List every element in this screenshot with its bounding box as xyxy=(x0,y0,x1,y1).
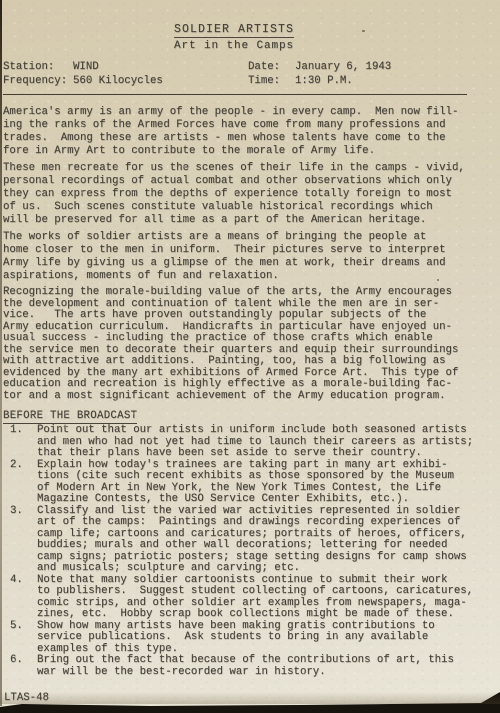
item-text: Show how many artists have been making g… xyxy=(37,621,500,656)
list-item: 2. Explain how today's trainees are taki… xyxy=(10,460,500,506)
frequency-row: Frequency: 560 Kilocycles xyxy=(3,75,163,89)
time-value: 1:30 P.M. xyxy=(295,75,353,89)
station-row: Station: WIND xyxy=(3,61,163,75)
date-label: Date: xyxy=(248,61,295,75)
document-code: LTAS-48 xyxy=(4,692,500,704)
list-item: 3. Classify and list the varied war acti… xyxy=(10,506,500,575)
frequency-value: 560 Kilocycles xyxy=(73,75,163,89)
title-block: SOLDIER ARTISTS Art in the Camps xyxy=(174,24,294,52)
paragraph: These men recreate for us the scenes of … xyxy=(3,162,500,227)
paragraph: The works of soldier artists are a means… xyxy=(3,231,500,283)
item-number: 2. xyxy=(10,460,37,506)
item-number: 6. xyxy=(10,655,37,678)
scanned-document: SOLDIER ARTISTS Art in the Camps Station… xyxy=(0,0,500,713)
before-broadcast-section: BEFORE THE BROADCAST 1. Point out that o… xyxy=(3,410,500,678)
item-number: 4. xyxy=(10,575,37,621)
list-item: 6. Bring out the fact that because of th… xyxy=(10,655,500,678)
page-subtitle: Art in the Camps xyxy=(174,40,294,52)
paragraph: America's army is an army of the people … xyxy=(3,106,500,158)
list-item: 1. Point out that our artists in uniform… xyxy=(10,425,500,460)
page-title: SOLDIER ARTISTS xyxy=(174,24,294,38)
section-heading: BEFORE THE BROADCAST xyxy=(3,410,137,424)
date-time-block: Date: January 6, 1943 Time: 1:30 P.M. xyxy=(248,61,391,88)
item-text: Bring out the fact that because of the c… xyxy=(37,655,500,678)
station-value: WIND xyxy=(73,61,99,75)
date-row: Date: January 6, 1943 xyxy=(248,61,391,75)
station-frequency-block: Station: WIND Frequency: 560 Kilocycles xyxy=(3,61,163,88)
list-item: 5. Show how many artists have been makin… xyxy=(10,621,500,656)
broadcast-meta: Station: WIND Frequency: 560 Kilocycles … xyxy=(0,61,500,88)
time-row: Time: 1:30 P.M. xyxy=(248,75,391,89)
station-label: Station: xyxy=(3,61,73,75)
list-item: 4. Note that many soldier cartoonists co… xyxy=(10,575,500,621)
script-body: America's army is an army of the people … xyxy=(3,106,500,402)
item-text: Explain how today's trainees are taking … xyxy=(37,460,500,506)
item-number: 5. xyxy=(10,621,37,656)
document-page: SOLDIER ARTISTS Art in the Camps Station… xyxy=(0,0,500,708)
item-number: 1. xyxy=(10,425,37,460)
frequency-label: Frequency: xyxy=(3,75,73,89)
paragraph: Recognizing the morale-building value of… xyxy=(3,287,500,402)
item-text: Note that many soldier cartoonists conti… xyxy=(37,575,500,621)
date-value: January 6, 1943 xyxy=(295,61,391,75)
time-label: Time: xyxy=(248,75,295,89)
item-text: Point out that our artists in uniform in… xyxy=(37,425,500,460)
item-number: 3. xyxy=(10,506,37,575)
header-divider xyxy=(3,94,467,95)
document-header: SOLDIER ARTISTS Art in the Camps Station… xyxy=(0,0,500,95)
item-text: Classify and list the varied war activit… xyxy=(37,506,500,575)
